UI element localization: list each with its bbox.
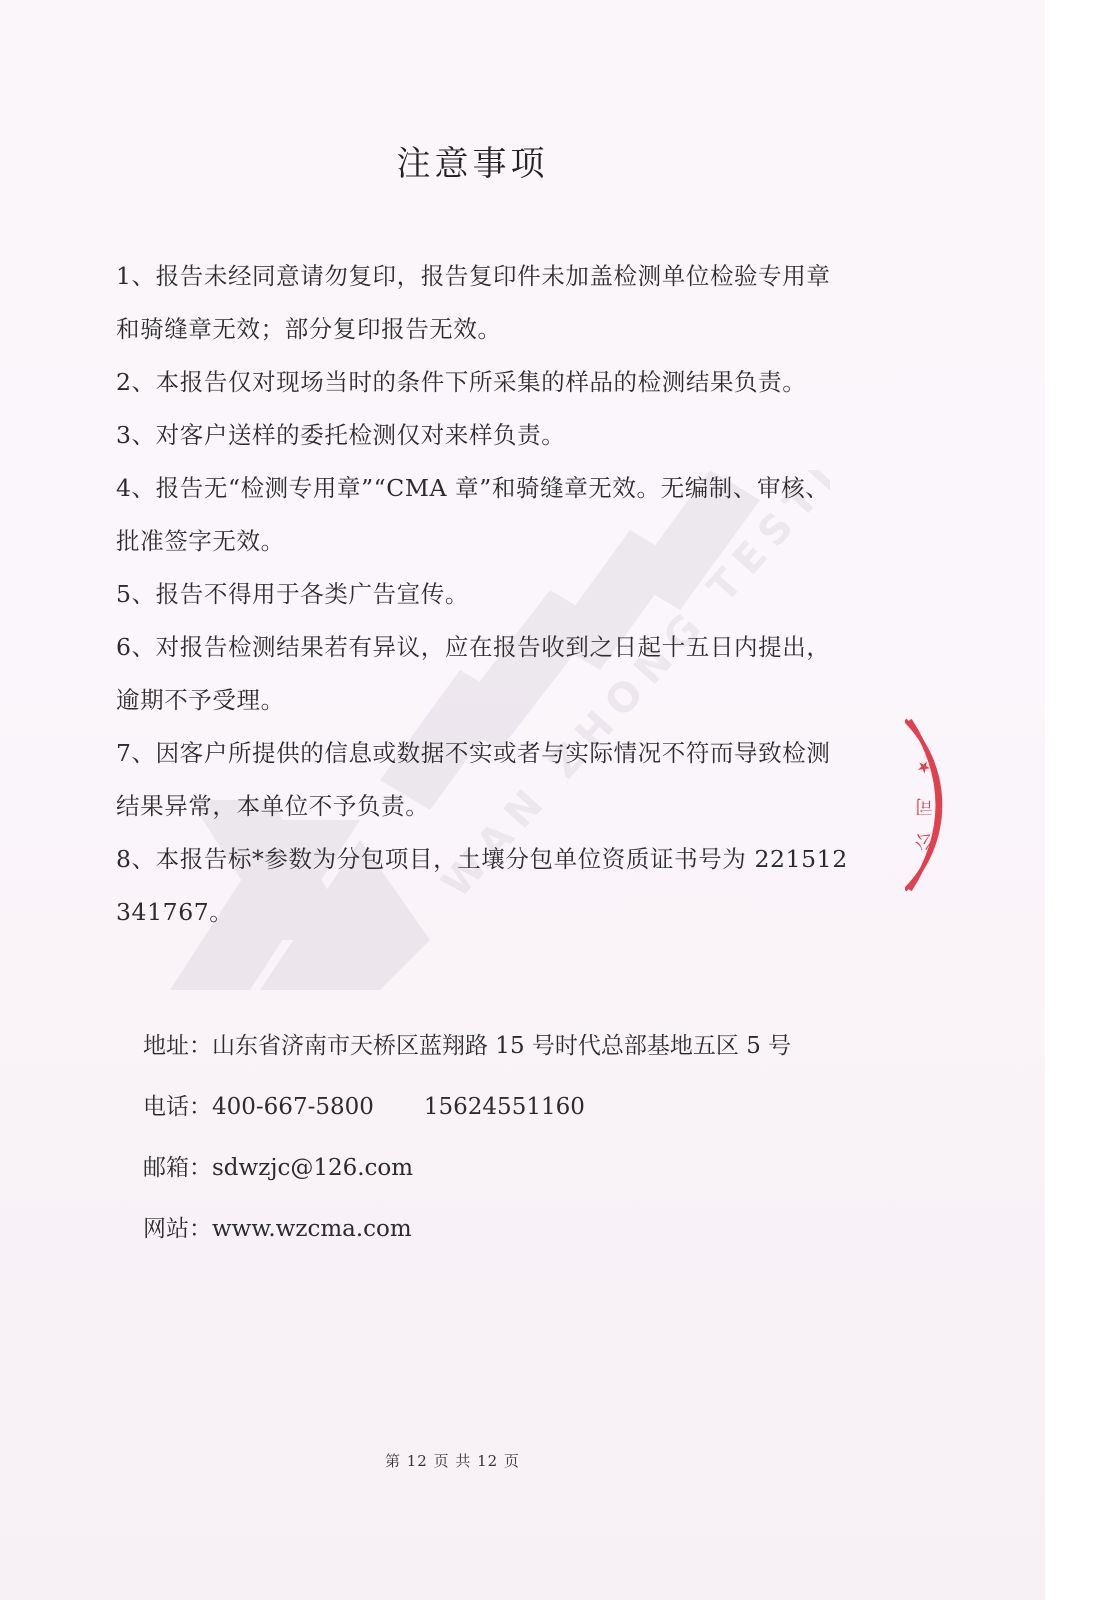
scan-margin bbox=[1045, 0, 1113, 1600]
page-title: 注意事项 bbox=[0, 136, 945, 185]
page-footer: 第 12 页 共 12 页 bbox=[0, 1450, 905, 1471]
email-value: sdwzjc@126.com bbox=[212, 1146, 413, 1190]
note-8-line-1: 8、本报告标*参数为分包项目，土壤分包单位资质证书号为 221512 bbox=[116, 833, 876, 886]
note-7-line-2: 结果异常，本单位不予负责。 bbox=[116, 780, 876, 833]
note-2: 2、本报告仅对现场当时的条件下所采集的样品的检测结果负责。 bbox=[116, 356, 876, 409]
website-value: www.wzcma.com bbox=[212, 1207, 412, 1251]
email-label: 邮箱： bbox=[143, 1146, 212, 1190]
address-row: 地址：山东省济南市天桥区蓝翔路 15 号时代总部基地五区 5 号 bbox=[143, 1024, 903, 1085]
document-page: WAN ZHONG TESTING 注意事项 1、报告未经同意请勿复印，报告复印… bbox=[0, 0, 1045, 1600]
note-4-line-1: 4、报告无“检测专用章”“CMA 章”和骑缝章无效。无编制、审核、 bbox=[116, 462, 876, 515]
svg-text:★: ★ bbox=[914, 758, 935, 775]
seal-stamp-icon: ★ 司 公 bbox=[905, 715, 965, 895]
note-7-line-1: 7、因客户所提供的信息或数据不实或者与实际情况不符而导致检测 bbox=[116, 727, 876, 780]
note-1-line-2: 和骑缝章无效；部分复印报告无效。 bbox=[116, 303, 876, 356]
phone-label: 电话： bbox=[143, 1085, 212, 1129]
website-row: 网站：www.wzcma.com bbox=[143, 1207, 903, 1268]
svg-text:公: 公 bbox=[915, 830, 933, 851]
address-value: 山东省济南市天桥区蓝翔路 15 号时代总部基地五区 5 号 bbox=[212, 1024, 791, 1068]
phone-value-2: 15624551160 bbox=[424, 1085, 585, 1129]
email-row: 邮箱：sdwzjc@126.com bbox=[143, 1146, 903, 1207]
note-6-line-1: 6、对报告检测结果若有异议，应在报告收到之日起十五日内提出， bbox=[116, 621, 876, 674]
svg-text:司: 司 bbox=[915, 795, 933, 816]
phone-value-1: 400-667-5800 bbox=[212, 1085, 374, 1129]
note-3: 3、对客户送样的委托检测仅对来样负责。 bbox=[116, 409, 876, 462]
contact-info: 地址：山东省济南市天桥区蓝翔路 15 号时代总部基地五区 5 号 电话：400-… bbox=[143, 1024, 903, 1268]
note-1-line-1: 1、报告未经同意请勿复印，报告复印件未加盖检测单位检验专用章 bbox=[116, 250, 876, 303]
website-label: 网站： bbox=[143, 1207, 212, 1251]
address-label: 地址： bbox=[143, 1024, 212, 1068]
note-4-line-2: 批准签字无效。 bbox=[116, 515, 876, 568]
note-8-line-2: 341767。 bbox=[116, 886, 876, 939]
phone-row: 电话：400-667-580015624551160 bbox=[143, 1085, 903, 1146]
notes-list: 1、报告未经同意请勿复印，报告复印件未加盖检测单位检验专用章 和骑缝章无效；部分… bbox=[116, 250, 876, 939]
note-5: 5、报告不得用于各类广告宣传。 bbox=[116, 568, 876, 621]
note-6-line-2: 逾期不予受理。 bbox=[116, 674, 876, 727]
